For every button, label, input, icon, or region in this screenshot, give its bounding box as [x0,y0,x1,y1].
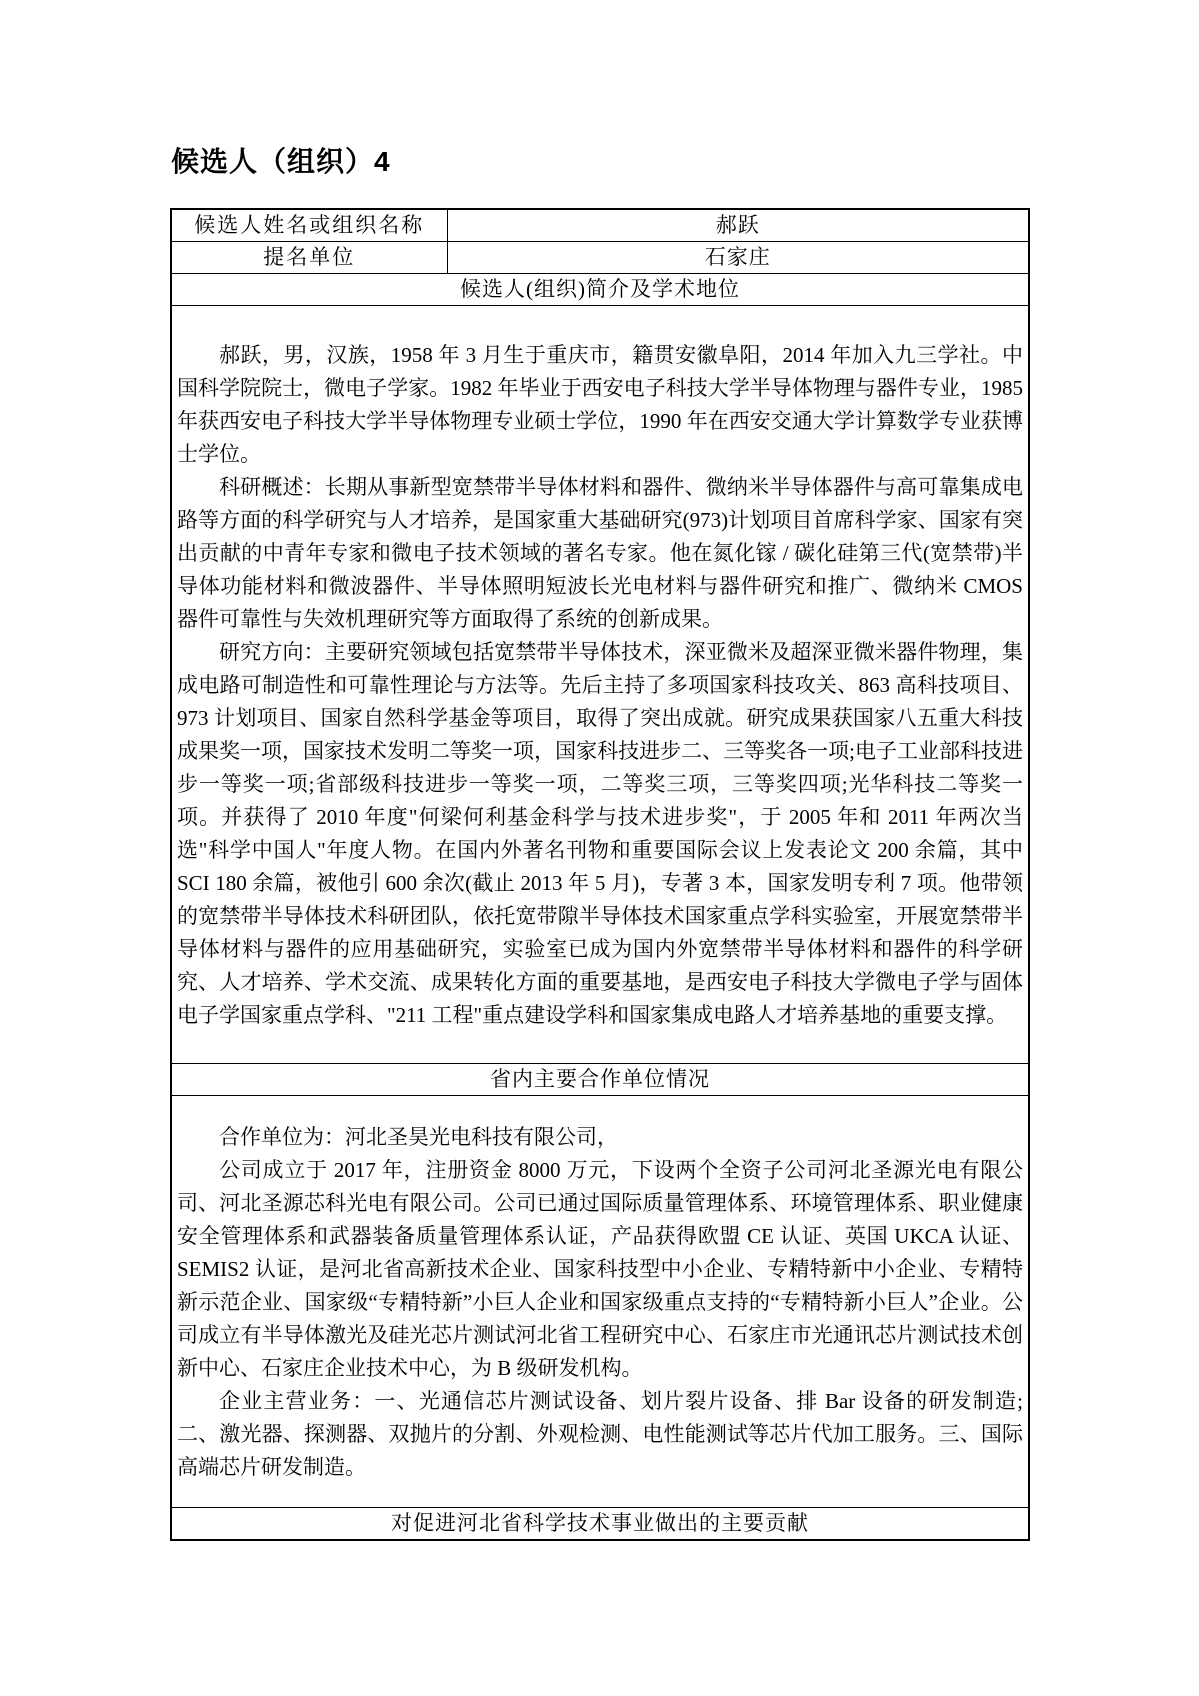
cooperation-paragraph-3: 企业主营业务：一、光通信芯片测试设备、划片裂片设备、排 Bar 设备的研发制造;… [177,1385,1023,1484]
table-row-candidate-name: 候选人姓名或组织名称 郝跃 [171,209,1029,242]
section-header-cooperation: 省内主要合作单位情况 [171,1064,1029,1096]
section-header-contribution: 对促进河北省科学技术事业做出的主要贡献 [171,1508,1029,1541]
page-title: 候选人（组织）4 [171,140,391,180]
candidate-table: 候选人姓名或组织名称 郝跃 提名单位 石家庄 候选人(组织)简介及学术地位 郝跃… [170,208,1030,1541]
profile-content-cell: 郝跃，男，汉族，1958 年 3 月生于重庆市，籍贯安徽阜阳，2014 年加入九… [171,306,1029,1064]
document-page: 候选人（组织）4 候选人姓名或组织名称 郝跃 提名单位 石家庄 候选人(组织)简… [0,0,1199,1696]
table-row-profile-content: 郝跃，男，汉族，1958 年 3 月生于重庆市，籍贯安徽阜阳，2014 年加入九… [171,306,1029,1064]
table-row-cooperation-header: 省内主要合作单位情况 [171,1064,1029,1096]
table-row-nominating-unit: 提名单位 石家庄 [171,242,1029,274]
table-row-cooperation-content: 合作单位为：河北圣昊光电科技有限公司， 公司成立于 2017 年，注册资金 80… [171,1096,1029,1508]
cooperation-paragraph-1: 合作单位为：河北圣昊光电科技有限公司， [177,1121,1023,1154]
profile-paragraph-2: 科研概述：长期从事新型宽禁带半导体材料和器件、微纳米半导体器件与高可靠集成电路等… [177,471,1023,636]
table-row-profile-header: 候选人(组织)简介及学术地位 [171,274,1029,306]
profile-paragraph-3: 研究方向：主要研究领域包括宽禁带半导体技术，深亚微米及超深亚微米器件物理，集成电… [177,636,1023,1032]
cooperation-content-cell: 合作单位为：河北圣昊光电科技有限公司， 公司成立于 2017 年，注册资金 80… [171,1096,1029,1508]
candidate-name-value: 郝跃 [447,209,1029,242]
cooperation-paragraph-2: 公司成立于 2017 年，注册资金 8000 万元，下设两个全资子公司河北圣源光… [177,1154,1023,1385]
nominating-unit-value: 石家庄 [447,242,1029,274]
profile-paragraph-1: 郝跃，男，汉族，1958 年 3 月生于重庆市，籍贯安徽阜阳，2014 年加入九… [177,339,1023,471]
section-header-profile: 候选人(组织)简介及学术地位 [171,274,1029,306]
table-row-contribution-header: 对促进河北省科学技术事业做出的主要贡献 [171,1508,1029,1541]
candidate-name-label: 候选人姓名或组织名称 [171,209,447,242]
nominating-unit-label: 提名单位 [171,242,447,274]
